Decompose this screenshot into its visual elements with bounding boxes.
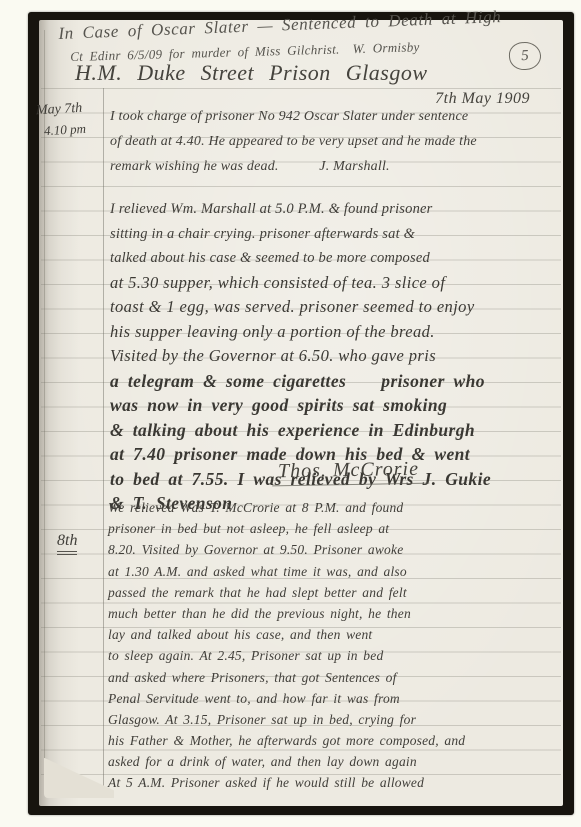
entry-line: lay and talked about his case, and then …	[108, 624, 564, 645]
page-title: H.M. Duke Street Prison Glasgow	[75, 60, 428, 86]
entry-line: passed the remark that he had slept bett…	[108, 582, 564, 603]
entry-line: and asked where Prisoners, that got Sent…	[108, 667, 564, 688]
entry-line: remark wishing he was dead. J. Marshall.	[110, 154, 562, 179]
entry3-margin-date: 8th	[57, 532, 77, 555]
margin-divider-line	[103, 88, 104, 788]
paper-corner-fold	[44, 758, 114, 798]
entry-line: at 1.30 A.M. and asked what time it was,…	[108, 561, 564, 582]
entry-line: Penal Servitude went to, and how far it …	[108, 688, 564, 709]
entry-line: his Father & Mother, he afterwards got m…	[108, 730, 564, 751]
entry-line: Visited by the Governor at 6.50. who gav…	[110, 344, 562, 369]
ledger-page-photo: { "colors": { "paper": "#edeae1", "ink":…	[0, 0, 581, 827]
entry-line: prisoner in bed but not asleep, he fell …	[108, 518, 564, 539]
entry-line: talked about his case & seemed to be mor…	[110, 246, 562, 271]
entry-line: of death at 4.40. He appeared to be very…	[110, 129, 562, 154]
entry-line: & talking about his experience in Edinbu…	[110, 418, 562, 443]
entry3-margin-date-text: 8th	[57, 532, 77, 555]
entry-line: at 5.30 supper, which consisted of tea. …	[110, 271, 562, 296]
entry1-body: I took charge of prisoner No 942 Oscar S…	[110, 104, 562, 179]
entry-line: toast & 1 egg, was served. prisoner seem…	[110, 295, 562, 320]
entry-line: to sleep again. At 2.45, Prisoner sat up…	[108, 645, 564, 666]
entry-line: asked for a drink of water, and then lay…	[108, 751, 564, 772]
left-edge-line	[44, 30, 45, 790]
entry-line: I took charge of prisoner No 942 Oscar S…	[110, 104, 562, 129]
entry-line: his supper leaving only a portion of the…	[110, 320, 562, 345]
entry1-margin-time: 4.10 pm	[44, 121, 87, 139]
entry1-margin-date: May 7th	[36, 101, 83, 119]
entry-line: a telegram & some cigarettes prisoner wh…	[110, 369, 562, 394]
entry2-signature: Thos. McCrorie	[272, 458, 429, 487]
entry-line: was now in very good spirits sat smoking	[110, 393, 562, 418]
entry-line: 8.20. Visited by Governor at 9.50. Priso…	[108, 539, 564, 560]
entry3-body: We relieved Wds T. McCrorie at 8 P.M. an…	[108, 497, 564, 794]
entry-line: At 5 A.M. Prisoner asked if he would sti…	[108, 772, 564, 793]
entry-line: I relieved Wm. Marshall at 5.0 P.M. & fo…	[110, 197, 562, 222]
entry-line: much better than he did the previous nig…	[108, 603, 564, 624]
entry-line: We relieved Wds T. McCrorie at 8 P.M. an…	[108, 497, 564, 518]
entry-line: Glasgow. At 3.15, Prisoner sat up in bed…	[108, 709, 564, 730]
entry-line: sitting in a chair crying. prisoner afte…	[110, 222, 562, 247]
